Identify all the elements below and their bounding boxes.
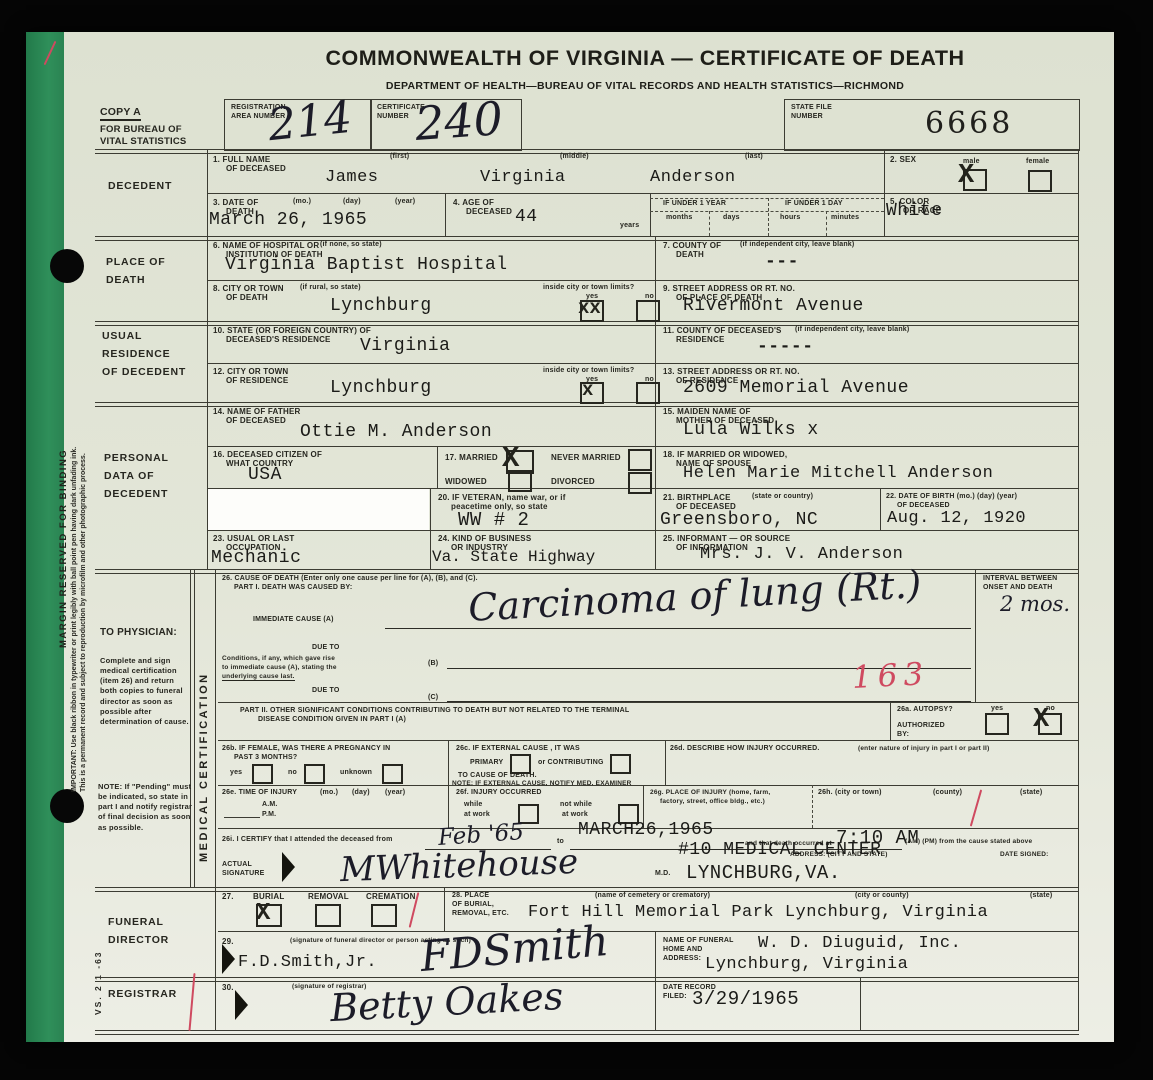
rule xyxy=(430,530,431,569)
part2-line1: PART II. OTHER SIGNIFICANT CONDITIONS CO… xyxy=(240,707,629,714)
to-physician-body: Complete and sign medical certification … xyxy=(100,656,192,727)
citizen-value: USA xyxy=(248,465,282,485)
name-middle: Virginia xyxy=(480,168,566,187)
autopsy-no-checkmark: X xyxy=(1033,707,1049,734)
field3-yr-hint: (year) xyxy=(395,198,415,205)
field25-label: 25. INFORMANT — OR SOURCE xyxy=(663,534,790,543)
limits-yes-mark: xx xyxy=(578,299,601,318)
section-funeral-1: FUNERAL xyxy=(108,916,164,928)
conditions-line1: Conditions, if any, which gave rise xyxy=(222,655,335,662)
margin-binding-text: MARGIN RESERVED FOR BINDING xyxy=(58,449,69,648)
field26c-label: 26c. IF EXTERNAL CAUSE , IT WAS xyxy=(456,745,580,752)
section-decedent: DECEDENT xyxy=(108,180,172,192)
field26e-mo: (mo.) xyxy=(320,789,338,796)
field18-label: 18. IF MARRIED OR WIDOWED, xyxy=(663,450,787,459)
rule xyxy=(880,488,881,530)
actual-signature-label2: SIGNATURE xyxy=(222,870,265,877)
section-personal-2: DATA OF xyxy=(104,470,154,482)
signature-arrow-icon xyxy=(282,852,295,882)
field20-label: 20. IF VETERAN, name war, or if xyxy=(438,493,566,502)
field14-label2: OF DECEASED xyxy=(226,416,286,425)
field26b-label1: 26b. IF FEMALE, WAS THERE A PREGNANCY IN xyxy=(222,745,390,752)
rule xyxy=(448,785,449,828)
rule xyxy=(826,211,827,236)
limits-question-2: inside city or town limits? xyxy=(543,367,634,374)
rule xyxy=(95,569,1079,574)
field22-label2: OF DECEASED xyxy=(897,502,950,509)
to-physician-note: NOTE: If "Pending" must be indicated, so… xyxy=(98,782,196,833)
rule xyxy=(207,530,1079,531)
interval-value: 2 mos. xyxy=(1000,592,1070,616)
field26d-hint: (enter nature of injury in part I or par… xyxy=(858,745,989,752)
section-personal-3: DECEDENT xyxy=(104,488,168,500)
first-hint: (first) xyxy=(390,153,409,160)
field26d-label: 26d. DESCRIBE HOW INJURY OCCURRED. xyxy=(670,745,820,752)
not-while-label2: at work xyxy=(562,811,588,818)
pregnancy-yes-checkbox xyxy=(252,764,273,784)
field15-label: 15. MAIDEN NAME OF xyxy=(663,407,751,416)
field26g-label2: factory, street, office bldg., etc.) xyxy=(660,798,765,805)
primary-checkbox xyxy=(510,754,531,774)
rule xyxy=(655,488,656,530)
hole-punch xyxy=(50,249,84,283)
rule xyxy=(812,785,813,828)
attended-to-value: MARCH26,1965 xyxy=(578,820,714,840)
section-medical-certification: MEDICAL CERTIFICATION xyxy=(198,672,210,862)
pregnancy-no-label: no xyxy=(288,769,297,776)
field10-label: 10. STATE (OR FOREIGN COUNTRY) OF xyxy=(213,326,371,335)
rule xyxy=(890,702,891,740)
field26e-yr: (year) xyxy=(385,789,405,796)
pregnancy-unknown-checkbox xyxy=(382,764,403,784)
field4-label2: DECEASED xyxy=(466,207,512,216)
field22-label: 22. DATE OF BIRTH (mo.) (day) (year) xyxy=(886,493,1017,500)
physician-signature: MWhitehouse xyxy=(339,842,578,890)
copy-for-line1: FOR BUREAU OF xyxy=(100,124,182,135)
pregnancy-no-checkbox xyxy=(304,764,325,784)
field3-day-hint: (day) xyxy=(343,198,361,205)
date-of-death-value: March 26, 1965 xyxy=(209,210,367,230)
rule xyxy=(655,530,656,569)
rule xyxy=(95,1030,1079,1035)
margin-important-line1: IMPORTANT: Use black ribbon in typewrite… xyxy=(70,322,79,792)
months-label: months xyxy=(666,214,692,221)
county-residence-value: ----- xyxy=(757,337,814,357)
md-label: M.D. xyxy=(655,870,671,877)
rule xyxy=(218,931,1079,932)
pm-label: P.M. xyxy=(262,811,276,818)
section-residence-3: OF DECEDENT xyxy=(102,366,186,378)
last-hint: (last) xyxy=(745,153,763,160)
while-label1: while xyxy=(464,801,483,808)
field26f-label: 26f. INJURY OCCURRED xyxy=(456,789,542,796)
never-married-label: NEVER MARRIED xyxy=(551,453,621,462)
field28-label1: 28. PLACE xyxy=(452,892,489,899)
contributing-checkbox xyxy=(610,754,631,774)
section-to-physician: TO PHYSICIAN: xyxy=(100,626,178,640)
rule xyxy=(655,236,656,446)
field12-label2: OF RESIDENCE xyxy=(226,376,288,385)
scanned-death-certificate: MARGIN RESERVED FOR BINDING IMPORTANT: U… xyxy=(0,0,1153,1080)
section-place-of-death-1: PLACE OF xyxy=(106,256,165,268)
certificate-label2: NUMBER xyxy=(377,113,409,120)
rule xyxy=(194,569,195,887)
cremation-label: CREMATION xyxy=(366,892,416,901)
rule xyxy=(430,488,431,530)
removal-checkbox xyxy=(315,904,341,927)
field6-hint: (if none, so state) xyxy=(320,241,382,248)
field28-hint2: (city or county) xyxy=(855,892,909,899)
field1-label: 1. FULL NAME xyxy=(213,155,270,164)
field24-label: 24. KIND OF BUSINESS xyxy=(438,534,531,543)
field6-label: 6. NAME OF HOSPITAL OR xyxy=(213,241,319,250)
sex-male-checkmark: X xyxy=(958,163,974,190)
autopsy-yes-checkbox xyxy=(985,713,1009,735)
name-last: Anderson xyxy=(650,168,736,187)
name-first: James xyxy=(325,168,379,187)
funeral-home-name: W. D. Diuguid, Inc. xyxy=(758,934,961,953)
field26-label: 26. CAUSE OF DEATH (Enter only one cause… xyxy=(222,575,478,582)
mother-value: Lula Wilks x xyxy=(683,420,819,440)
interval-label2: ONSET AND DEATH xyxy=(983,584,1053,591)
field16-label: 16. DECEASED CITIZEN OF xyxy=(213,450,322,459)
funeral-home-label2: HOME AND xyxy=(663,946,702,953)
field26g-label1: 26g. PLACE OF INJURY (home, farm, xyxy=(650,789,770,796)
rule xyxy=(655,446,656,488)
state-file-label2: NUMBER xyxy=(791,113,823,120)
widowed-checkbox xyxy=(508,470,532,492)
autopsy-label: 26a. AUTOPSY? xyxy=(897,706,953,713)
rule xyxy=(860,977,861,1030)
form-code: VS. 2 1 -63 xyxy=(93,950,103,1015)
limits2-yes-mark: x xyxy=(582,381,593,400)
registrar-signature-arrow-icon xyxy=(235,990,248,1020)
rule xyxy=(709,211,710,236)
physician-city-value: LYNCHBURG,VA. xyxy=(686,862,841,884)
rule xyxy=(444,887,445,931)
field27-label: 27. xyxy=(222,892,234,901)
divorced-checkbox xyxy=(628,472,652,494)
part2-line2: DISEASE CONDITION GIVEN IN PART I (A) xyxy=(258,716,406,723)
funeral-home-label1: NAME OF FUNERAL xyxy=(663,937,734,944)
funeral-signature-arrow-icon xyxy=(222,944,235,974)
authorized-label1: AUTHORIZED xyxy=(897,722,945,729)
date-filed-value: 3/29/1965 xyxy=(692,988,799,1010)
primary-label: PRIMARY xyxy=(470,759,503,766)
field28-label2: OF BURIAL, xyxy=(452,901,494,908)
section-registrar: REGISTRAR xyxy=(108,988,177,1000)
immediate-cause-label: IMMEDIATE CAUSE (A) xyxy=(253,616,334,623)
red-code-annotation: 163 xyxy=(851,656,930,696)
date-filed-label2: FILED: xyxy=(663,993,687,1000)
interval-label1: INTERVAL BETWEEN xyxy=(983,575,1057,582)
rule xyxy=(207,280,1079,281)
state-residence-value: Virginia xyxy=(360,336,450,356)
age-years-label: years xyxy=(620,222,639,229)
race-value: White xyxy=(886,201,943,221)
section-residence-2: RESIDENCE xyxy=(102,348,170,360)
field14-label: 14. NAME OF FATHER xyxy=(213,407,300,416)
cause-b-label: (B) xyxy=(428,660,438,667)
limits2-no-checkbox xyxy=(636,382,660,404)
registration-area-number: 214 xyxy=(266,92,355,151)
field28-hint3: (state) xyxy=(1030,892,1052,899)
redaction-box xyxy=(208,489,429,530)
while-label2: at work xyxy=(464,811,490,818)
due-to-label-2: DUE TO xyxy=(312,687,340,694)
field28-hint1: (name of cemetery or crematory) xyxy=(595,892,710,899)
age-value: 44 xyxy=(515,207,538,227)
rule xyxy=(445,193,446,236)
middle-hint: (middle) xyxy=(560,153,589,160)
informant-value: Mrs. J. V. Anderson xyxy=(700,545,903,564)
spouse-value: Helen Marie Mitchell Anderson xyxy=(683,464,993,483)
pregnancy-unknown-label: unknown xyxy=(340,769,372,776)
rule xyxy=(665,740,666,785)
conditions-line2: to immediate cause (A), stating the xyxy=(222,664,337,671)
certify-statement: 26i. I CERTIFY that I attended the decea… xyxy=(222,836,393,843)
field12-label: 12. CITY OR TOWN xyxy=(213,367,288,376)
street-residence-value: 2609 Memorial Avenue xyxy=(683,378,909,398)
cremation-checkbox xyxy=(371,904,397,927)
if-under-1-day: IF UNDER 1 DAY xyxy=(785,200,843,207)
field3-mo-hint: (mo.) xyxy=(293,198,311,205)
dob-value: Aug. 12, 1920 xyxy=(887,509,1026,528)
occupation-value: Mechanic xyxy=(211,548,301,568)
divorced-label: DIVORCED xyxy=(551,477,595,486)
limits-question: inside city or town limits? xyxy=(543,284,634,291)
field7-label2: DEATH xyxy=(676,250,704,259)
field10-label2: DECEASED'S RESIDENCE xyxy=(226,335,331,344)
city-death-value: Lynchburg xyxy=(330,296,432,316)
funeral-home-city: Lynchburg, Virginia xyxy=(705,955,908,974)
state-file-label1: STATE FILE xyxy=(791,104,832,111)
birthplace-value: Greensboro, NC xyxy=(660,510,818,530)
rule xyxy=(437,446,438,488)
field7-label: 7. COUNTY OF xyxy=(663,241,721,250)
page-subtitle: DEPARTMENT OF HEALTH—BUREAU OF VITAL REC… xyxy=(210,80,1080,92)
contributing-label: or CONTRIBUTING xyxy=(538,759,604,766)
field1-label2: OF DECEASED xyxy=(226,164,286,173)
rule xyxy=(448,740,449,785)
rule xyxy=(218,740,1079,741)
field9-label: 9. STREET ADDRESS OR RT. NO. xyxy=(663,284,795,293)
rule xyxy=(95,887,1079,892)
rule xyxy=(95,977,1079,982)
field8-label: 8. CITY OR TOWN xyxy=(213,284,284,293)
field8-label2: OF DEATH xyxy=(226,293,268,302)
field7-hint: (if independent city, leave blank) xyxy=(740,241,854,248)
funeral-director-typed-name: F.D.Smith,Jr. xyxy=(238,953,377,972)
rule xyxy=(215,569,216,1030)
field30-label: 30. xyxy=(222,983,234,992)
rule xyxy=(975,569,976,702)
copy-for-line2: VITAL STATISTICS xyxy=(100,136,186,147)
section-funeral-2: DIRECTOR xyxy=(108,934,169,946)
hospital-value: Virginia Baptist Hospital xyxy=(225,255,508,275)
rule xyxy=(655,977,656,1030)
rule xyxy=(1078,149,1079,1030)
rule xyxy=(207,363,1079,364)
rule xyxy=(207,446,1079,447)
veteran-value: WW # 2 xyxy=(458,509,529,531)
examiner-note: NOTE: IF EXTERNAL CAUSE, NOTIFY MED. EXA… xyxy=(452,780,632,787)
am-label: A.M. xyxy=(262,801,278,808)
rule xyxy=(650,193,651,236)
sex-female-label: female xyxy=(1026,158,1049,165)
certificate-number: 240 xyxy=(413,91,504,151)
ampm-tail: (AM) (PM) from the cause stated above xyxy=(905,838,1032,845)
field28-label3: REMOVAL, ETC. xyxy=(452,910,509,917)
county-death-value: --- xyxy=(765,252,799,272)
widowed-label: WIDOWED xyxy=(445,477,487,486)
field26h-state: (state) xyxy=(1020,789,1042,796)
rule xyxy=(655,931,656,977)
hours-label: hours xyxy=(780,214,800,221)
to-cause-label: TO CAUSE OF DEATH. xyxy=(458,772,537,779)
if-under-1-year: IF UNDER 1 YEAR xyxy=(663,200,726,207)
field2-label: 2. SEX xyxy=(890,155,916,164)
rule xyxy=(768,198,769,236)
field11-label2: RESIDENCE xyxy=(676,335,724,344)
field26e-label: 26e. TIME OF INJURY xyxy=(222,789,297,796)
field26-part1: PART I. DEATH WAS CAUSED BY: xyxy=(234,584,352,591)
rule xyxy=(650,211,884,212)
rule xyxy=(190,569,191,887)
field11-hint: (if independent city, leave blank) xyxy=(795,326,909,333)
field11-label: 11. COUNTY OF DECEASED'S xyxy=(663,326,782,335)
cause-c-label: (C) xyxy=(428,694,438,701)
field26e-day: (day) xyxy=(352,789,370,796)
field26h-county: (county) xyxy=(933,789,962,796)
rule xyxy=(650,198,884,199)
burial-checkmark: X xyxy=(256,902,270,926)
physician-address-value: #10 MEDICAL CENTER xyxy=(678,840,881,860)
days-label: days xyxy=(723,214,740,221)
never-married-checkbox xyxy=(628,449,652,471)
rule xyxy=(207,193,1079,194)
limits-no-label: no xyxy=(645,293,654,300)
rule xyxy=(218,702,1079,703)
field26b-label2: PAST 3 MONTHS? xyxy=(234,754,297,761)
section-place-of-death-2: DEATH xyxy=(106,274,145,286)
field26h-city: 26h. (city or town) xyxy=(818,789,882,796)
limits-no-checkbox xyxy=(636,300,660,322)
actual-signature-label1: ACTUAL xyxy=(222,861,252,868)
field8-hint: (if rural, so state) xyxy=(300,284,361,291)
section-personal-1: PERSONAL xyxy=(104,452,169,464)
field3-label: 3. DATE OF xyxy=(213,198,258,207)
not-while-label1: not while xyxy=(560,801,592,808)
rule xyxy=(218,785,1079,786)
autopsy-yes-label: yes xyxy=(991,705,1003,712)
section-residence-1: USUAL xyxy=(102,330,142,342)
copy-label: COPY A xyxy=(100,106,141,121)
field13-label: 13. STREET ADDRESS OR RT. NO. xyxy=(663,367,800,376)
page-title: COMMONWEALTH OF VIRGINIA — CERTIFICATE O… xyxy=(210,46,1080,71)
time-underline xyxy=(224,817,260,818)
hole-punch xyxy=(50,789,84,823)
minutes-label: minutes xyxy=(831,214,859,221)
city-residence-value: Lynchburg xyxy=(330,378,432,398)
street-death-value: Rivermont Avenue xyxy=(683,296,864,316)
funeral-home-label3: ADDRESS: xyxy=(663,955,701,962)
date-signed-label: DATE SIGNED: xyxy=(1000,851,1049,858)
married-checkmark: X xyxy=(502,444,519,473)
sex-female-checkbox xyxy=(1028,170,1052,192)
removal-label: REMOVAL xyxy=(308,892,349,901)
margin-important-line2: This is a permanent record and subject t… xyxy=(79,322,88,792)
state-file-number: 6668 xyxy=(925,106,1013,141)
authorized-label2: BY: xyxy=(897,731,909,738)
business-value: Va. State Highway xyxy=(432,548,595,566)
conditions-line3: underlying cause last. xyxy=(222,673,295,681)
pregnancy-yes-label: yes xyxy=(230,769,242,776)
father-value: Ottie M. Anderson xyxy=(300,422,492,442)
field21-hint: (state or country) xyxy=(752,493,813,500)
field21-label: 21. BIRTHPLACE xyxy=(663,493,731,502)
field4-label: 4. AGE OF xyxy=(453,198,494,207)
due-to-label-1: DUE TO xyxy=(312,644,340,651)
married-label: 17. MARRIED xyxy=(445,453,498,462)
rule xyxy=(884,149,885,236)
cause-c-line xyxy=(447,701,971,702)
field23-label: 23. USUAL OR LAST xyxy=(213,534,295,543)
